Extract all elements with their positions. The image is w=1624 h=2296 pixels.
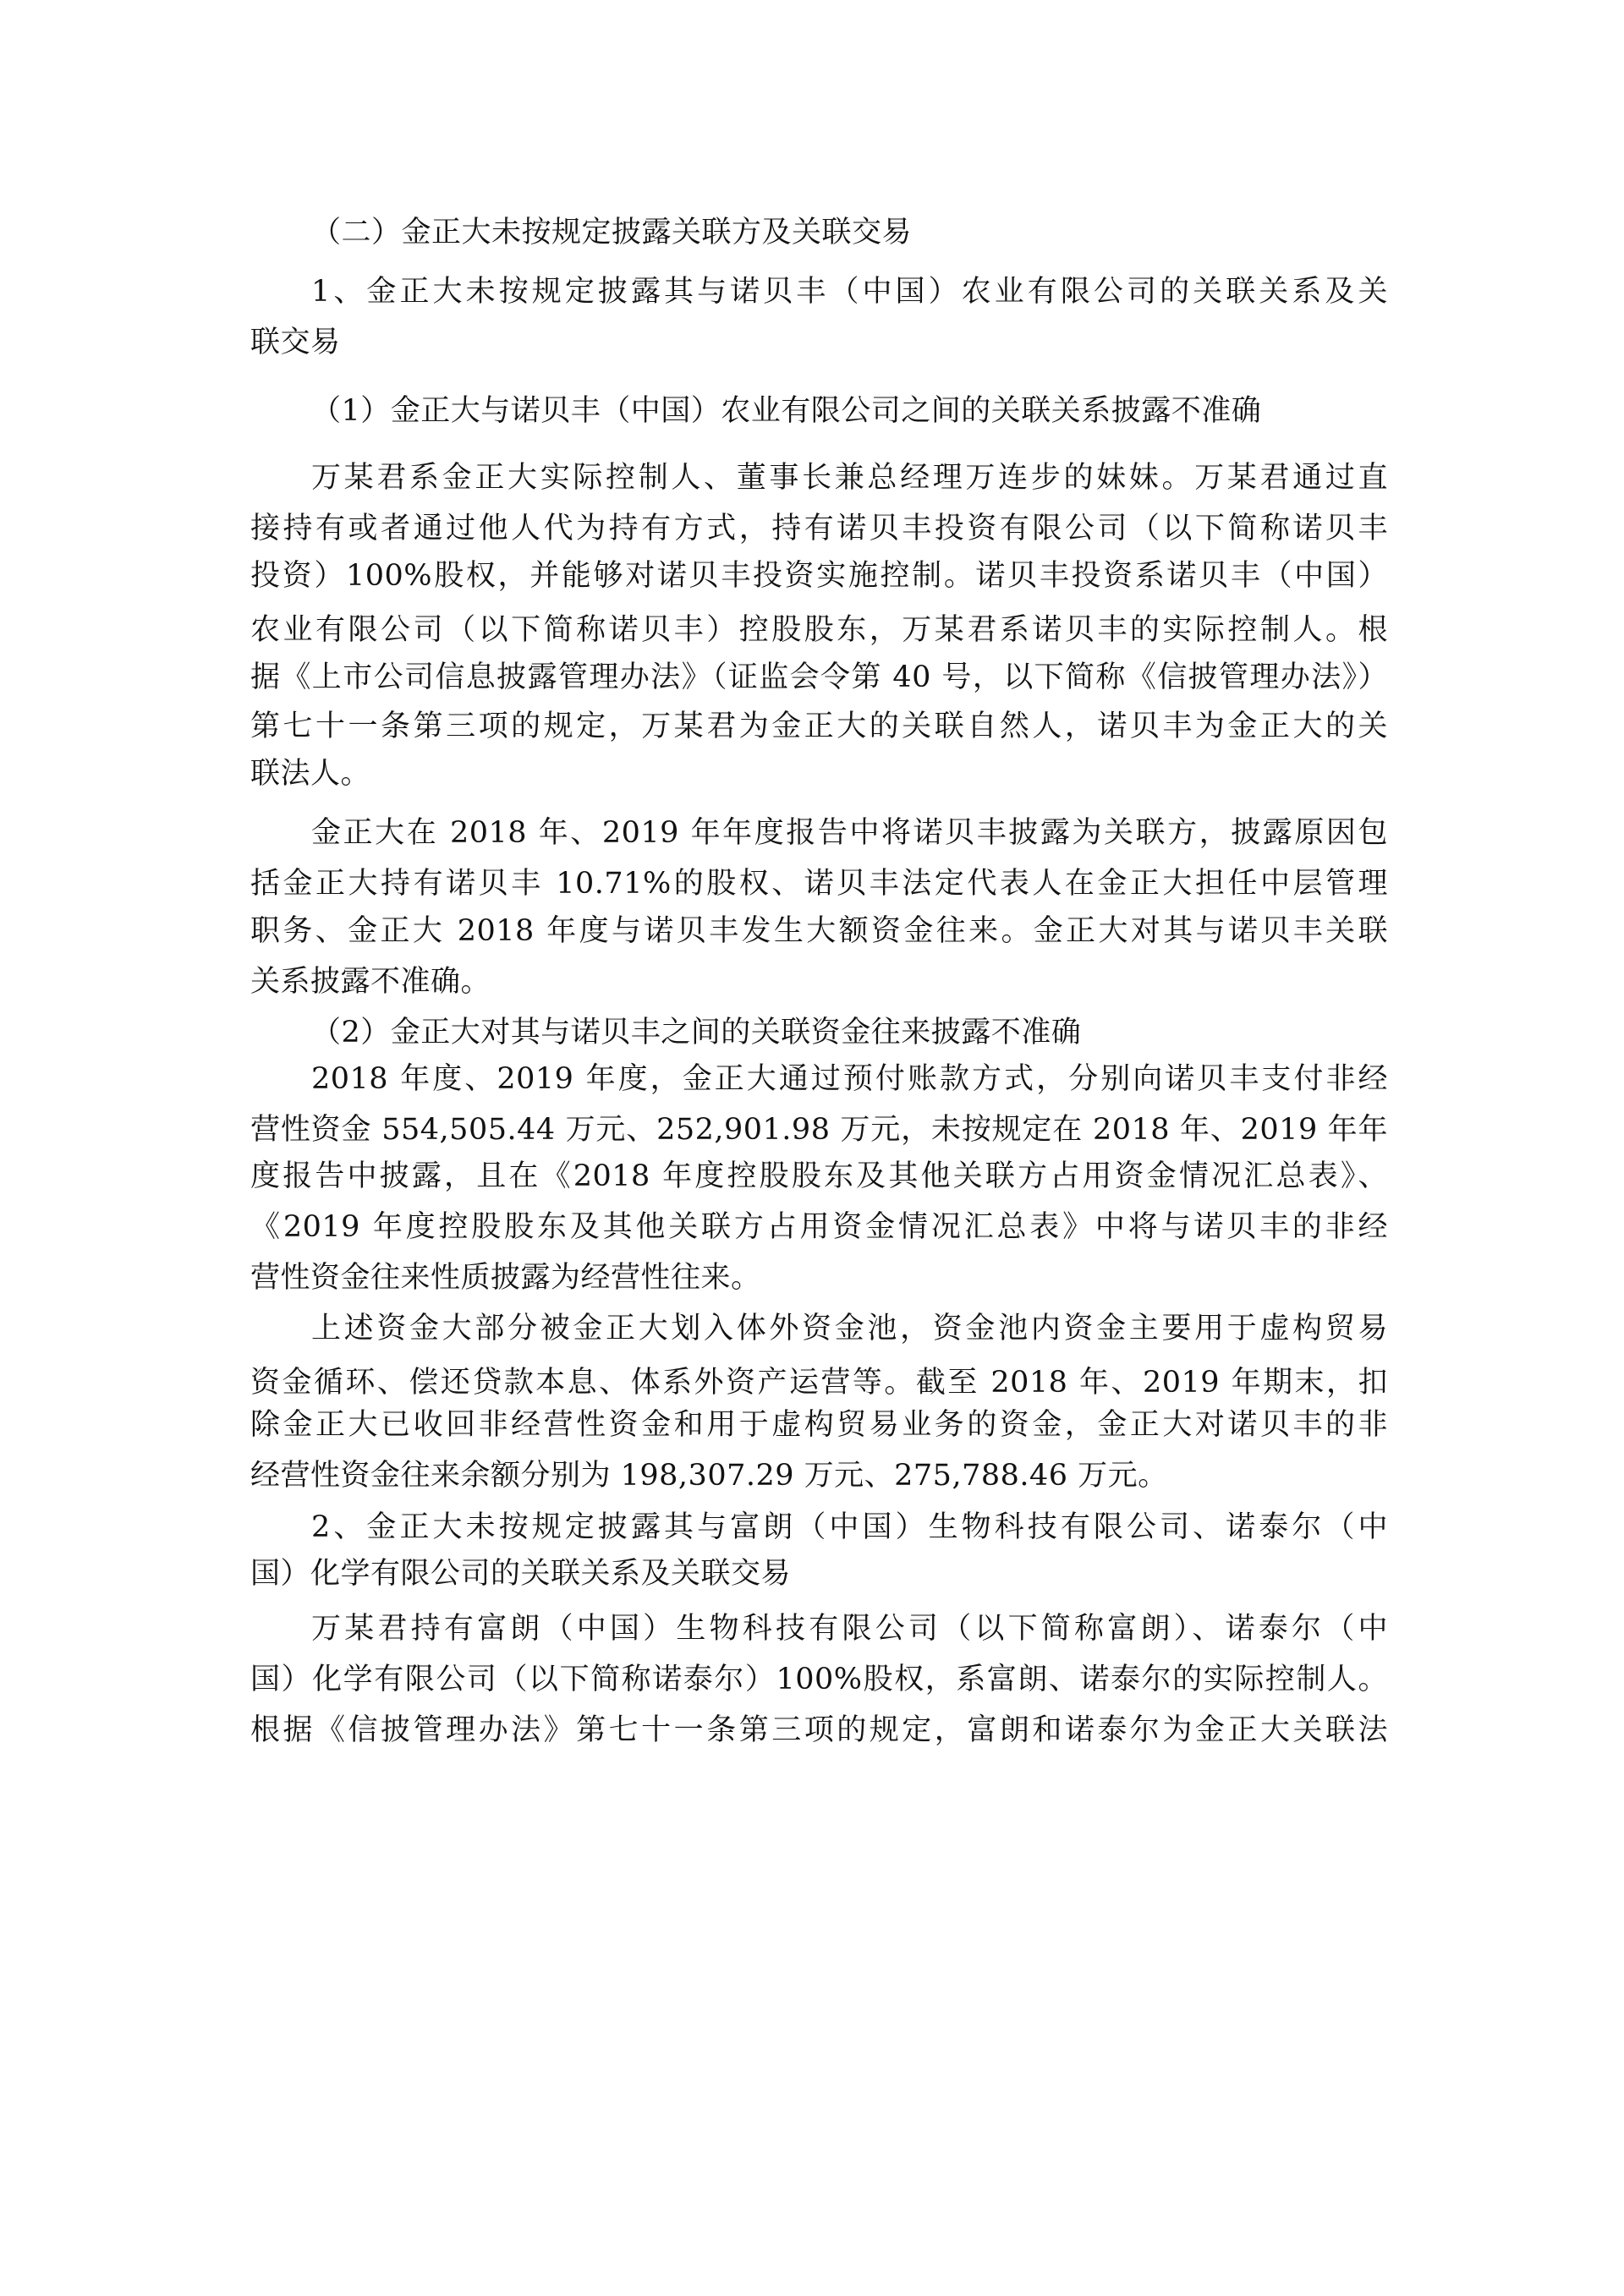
document-page: （二）金正大未按规定披露关联方及关联交易 1、金正大未按规定披露其与诺贝丰（中国… [0, 0, 1624, 2296]
paragraph-line: 《2019 年度控股股东及其他关联方占用资金情况汇总表》中将与诺贝丰的非经 [250, 1208, 1388, 1247]
paragraph-line: 农业有限公司（以下简称诺贝丰）控股股东，万某君系诺贝丰的实际控制人。根 [250, 611, 1388, 649]
section-heading: （二）金正大未按规定披露关联方及关联交易 [311, 213, 1388, 252]
paragraph-line: 除金正大已收回非经营性资金和用于虚构贸易业务的资金，金正大对诺贝丰的非 [250, 1406, 1388, 1444]
paragraph-line: 职务、金正大 2018 年度与诺贝丰发生大额资金往来。金正大对其与诺贝丰关联 [250, 912, 1388, 951]
paragraph-line: 括金正大持有诺贝丰 10.71%的股权、诺贝丰法定代表人在金正大担任中层管理 [250, 864, 1388, 903]
paragraph-line: 万某君系金正大实际控制人、董事长兼总经理万连步的妹妹。万某君通过直 [311, 458, 1388, 497]
paragraph-line: 度报告中披露，且在《2018 年度控股股东及其他关联方占用资金情况汇总表》、 [250, 1157, 1388, 1196]
sub-item-heading: （1）金正大与诺贝丰（中国）农业有限公司之间的关联关系披露不准确 [311, 392, 1388, 430]
paragraph-line: 据《上市公司信息披露管理办法》（证监会令第 40 号，以下简称《信披管理办法》） [250, 658, 1388, 697]
paragraph-line: 第七十一条第三项的规定，万某君为金正大的关联自然人，诺贝丰为金正大的关 [250, 707, 1388, 746]
subsection-heading-continued: 联交易 [250, 323, 1388, 362]
paragraph-line: 国）化学有限公司（以下简称诺泰尔）100%股权，系富朗、诺泰尔的实际控制人。 [250, 1660, 1388, 1699]
sub-item-heading: （2）金正大对其与诺贝丰之间的关联资金往来披露不准确 [311, 1013, 1388, 1052]
paragraph-line: 上述资金大部分被金正大划入体外资金池，资金池内资金主要用于虚构贸易 [311, 1309, 1388, 1348]
paragraph-line: 经营性资金往来余额分别为 198,307.29 万元、275,788.46 万元… [250, 1456, 1388, 1495]
subsection-heading: 2、金正大未按规定披露其与富朗（中国）生物科技有限公司、诺泰尔（中 [311, 1508, 1388, 1547]
paragraph-line: 万某君持有富朗（中国）生物科技有限公司（以下简称富朗）、诺泰尔（中 [311, 1609, 1388, 1648]
paragraph-line: 营性资金 554,505.44 万元、252,901.98 万元，未按规定在 2… [250, 1110, 1388, 1149]
paragraph-line: 关系披露不准确。 [250, 962, 1388, 1001]
paragraph-line: 联法人。 [250, 754, 1388, 793]
paragraph-line: 资金循环、偿还贷款本息、体系外资产运营等。截至 2018 年、2019 年期末，… [250, 1363, 1388, 1402]
paragraph-line: 根据《信披管理办法》第七十一条第三项的规定，富朗和诺泰尔为金正大关联法 [250, 1711, 1388, 1750]
subsection-heading: 1、金正大未按规定披露其与诺贝丰（中国）农业有限公司的关联关系及关 [311, 272, 1388, 311]
paragraph-line: 金正大在 2018 年、2019 年年度报告中将诺贝丰披露为关联方，披露原因包 [311, 814, 1388, 852]
subsection-heading-continued: 国）化学有限公司的关联关系及关联交易 [250, 1554, 1388, 1593]
paragraph-line: 接持有或者通过他人代为持有方式，持有诺贝丰投资有限公司（以下简称诺贝丰 [250, 509, 1388, 548]
paragraph-line: 投资）100%股权，并能够对诺贝丰投资实施控制。诺贝丰投资系诺贝丰（中国） [250, 556, 1388, 595]
paragraph-line: 营性资金往来性质披露为经营性往来。 [250, 1258, 1388, 1297]
paragraph-line: 2018 年度、2019 年度，金正大通过预付账款方式，分别向诺贝丰支付非经 [311, 1060, 1388, 1099]
